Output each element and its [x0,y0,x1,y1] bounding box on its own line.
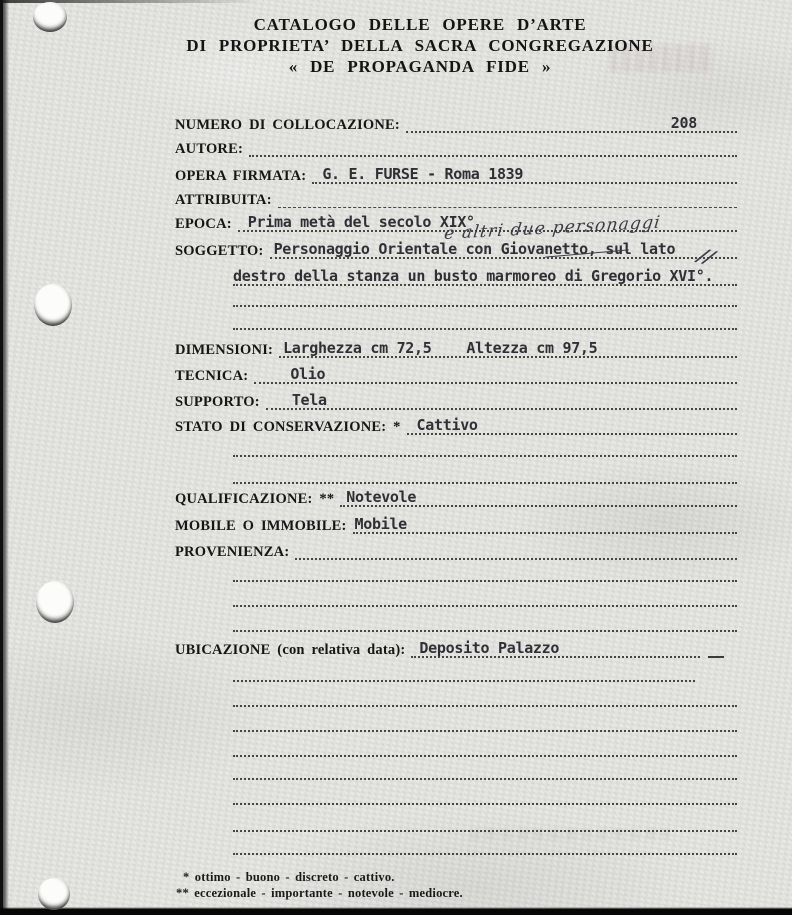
field-row-opera-firmata: OPERA FIRMATA: G. E. FURSE - Roma 1839 [175,162,737,184]
field-line [295,536,737,560]
footnote-qualificazione-scale: ** eccezionale - importante - notevole -… [176,886,463,901]
title-line-2: DI PROPRIETA’ DELLA SACRA CONGREGAZIONE [48,35,792,56]
field-value: Cattivo [417,416,478,434]
blank-line [233,803,737,805]
punch-hole [34,284,72,326]
form-title: CATALOGO DELLE OPERE D’ARTE DI PROPRIETA… [48,14,792,77]
field-value: Personaggio Orientale con Giovanetto, su… [274,240,676,258]
title-line-1: CATALOGO DELLE OPERE D’ARTE [48,14,792,35]
field-row-tecnica: TECNICA: Olio [175,362,737,384]
field-row-mobile-immobile: MOBILE O IMMOBILE: Mobile [175,512,737,534]
field-label: STATO DI CONSERVAZIONE: * [175,419,407,435]
field-value: Tela [292,391,327,409]
field-line: Tela [266,386,737,410]
field-label: EPOCA: [175,216,238,232]
blank-line [233,630,737,632]
field-line: Cattivo [407,411,737,435]
field-line [249,133,737,157]
blank-line [233,853,737,855]
field-line: Olio [254,360,737,384]
field-line: G. E. FURSE - Roma 1839 [312,160,737,184]
scan-edge-top [0,0,260,3]
field-row-dimensioni: DIMENSIONI: Larghezza cm 72,5 Altezza cm… [175,336,737,358]
field-line [278,185,737,208]
field-row-autore: AUTORE: [175,135,737,157]
blank-line [233,680,695,682]
title-line-3: « DE PROPAGANDA FIDE » [48,56,792,77]
field-label: DIMENSIONI: [175,342,279,358]
field-label: SOGGETTO: [175,243,270,259]
scanned-catalog-form: CATALOGO DELLE OPERE D’ARTE DI PROPRIETA… [0,0,792,915]
field-label: NUMERO DI COLLOCAZIONE: [175,117,406,133]
field-value: Notevole [346,488,416,506]
field-line: Larghezza cm 72,5 Altezza cm 97,5 [279,334,737,358]
field-label: OPERA FIRMATA: [175,168,312,184]
footnote-conservazione-scale: * ottimo - buono - discreto - cattivo. [183,870,395,885]
blank-line [233,328,737,330]
field-row-soggetto-line2: destro della stanza un busto marmoreo di… [233,264,737,286]
blank-line [233,755,737,757]
blank-line [233,605,737,607]
field-line: Deposito Palazzo [411,634,700,658]
field-label: PROVENIENZA: [175,544,295,560]
field-value: 208 [671,114,697,132]
field-label: ATTRIBUITA: [175,192,278,208]
dash-mark [708,656,724,658]
field-value: Olio [290,365,325,383]
punch-hole [36,581,74,623]
field-value: G. E. FURSE - Roma 1839 [322,165,523,183]
field-label: TECNICA: [175,368,254,384]
field-row-supporto: SUPPORTO: Tela [175,388,737,410]
field-row-numero: NUMERO DI COLLOCAZIONE: 208 [175,111,737,133]
field-row-qualificazione: QUALIFICAZIONE: ** Notevole [175,485,737,507]
field-value: Prima metà del secolo XIX° [248,213,475,231]
field-value: Deposito Palazzo [419,639,559,657]
field-label: AUTORE: [175,141,249,157]
field-value: Larghezza cm 72,5 Altezza cm 97,5 [283,339,597,357]
blank-line [233,305,737,307]
field-row-attribuita: ATTRIBUITA: [175,186,737,208]
field-line: 208 [406,109,737,133]
blank-line [233,455,737,457]
blank-line [233,830,737,832]
field-label: UBICAZIONE (con relativa data): [175,642,411,658]
field-row-ubicazione: UBICAZIONE (con relativa data): Deposito… [175,636,700,658]
field-row-provenienza: PROVENIENZA: [175,538,737,560]
field-value: Mobile [355,515,407,533]
blank-line [233,580,737,582]
scan-edge-bottom [0,907,792,915]
field-line: Notevole [340,483,737,507]
field-label: MOBILE O IMMOBILE: [175,518,353,534]
scan-edge-left-dark [0,0,3,915]
blank-line [233,730,737,732]
field-value: destro della stanza un busto marmoreo di… [233,267,713,285]
field-line: Mobile [353,510,737,534]
field-row-stato-conservazione: STATO DI CONSERVAZIONE: * Cattivo [175,413,737,435]
field-label: SUPPORTO: [175,394,266,410]
field-line: destro della stanza un busto marmoreo di… [233,262,737,286]
blank-line [233,778,737,780]
field-label: QUALIFICAZIONE: ** [175,491,340,507]
punch-hole [38,878,70,910]
blank-line [233,705,737,707]
